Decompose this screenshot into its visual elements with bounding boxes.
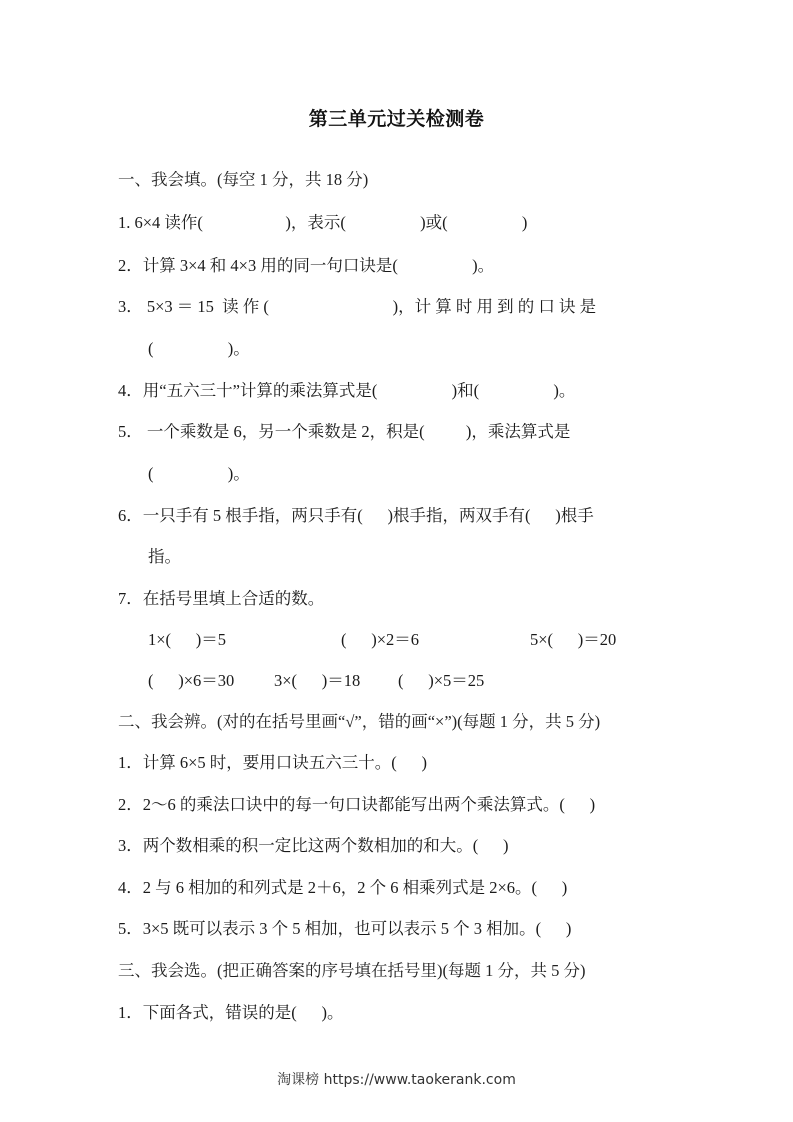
question-1-2: 2．计算 3×4 和 4×3 用的同一句口诀是( )。	[118, 255, 494, 277]
equation: 3×( )＝18	[274, 670, 360, 692]
question-1-5-cont: ( )。	[148, 463, 250, 485]
page-title: 第三单元过关检测卷	[0, 104, 793, 131]
judge-item: 2．2～6 的乘法口诀中的每一句口诀都能写出两个乘法算式。( )	[118, 794, 595, 816]
equation: ( )×5＝25	[398, 670, 484, 692]
judge-item: 1．计算 6×5 时，要用口诀五六三十。( )	[118, 752, 427, 774]
question-1-3: 3． 5×3 ＝ 15 读 作 ( )，计 算 时 用 到 的 口 诀 是	[118, 296, 596, 318]
question-1-6: 6．一只手有 5 根手指，两只手有( )根手指，两双手有( )根手	[118, 505, 594, 527]
question-1-7: 7．在括号里填上合适的数。	[118, 588, 324, 610]
section-1-heading: 一、我会填。(每空 1 分，共 18 分)	[118, 169, 368, 191]
equation: ( )×2＝6	[341, 629, 419, 651]
question-1-3-cont: ( )。	[148, 338, 250, 360]
judge-item: 3．两个数相乘的积一定比这两个数相加的和大。( )	[118, 835, 509, 857]
equation: 1×( )＝5	[148, 629, 226, 651]
question-1-5: 5． 一个乘数是 6，另一个乘数是 2，积是( )，乘法算式是	[118, 421, 570, 443]
section-3-heading: 三、我会选。(把正确答案的序号填在括号里)(每题 1 分，共 5 分)	[118, 960, 585, 982]
footer-watermark: 淘课榜 https://www.taokerank.com	[0, 1069, 793, 1089]
judge-item: 4．2 与 6 相加的和列式是 2＋6，2 个 6 相乘列式是 2×6。( )	[118, 877, 567, 899]
choice-item: 1．下面各式，错误的是( )。	[118, 1002, 344, 1024]
question-1-1: 1. 6×4 读作( )，表示( )或( )	[118, 212, 527, 234]
section-2-heading: 二、我会辨。(对的在括号里画“√”，错的画“×”)(每题 1 分，共 5 分)	[118, 711, 600, 733]
equation: ( )×6＝30	[148, 670, 234, 692]
judge-item: 5．3×5 既可以表示 3 个 5 相加，也可以表示 5 个 3 相加。( )	[118, 918, 571, 940]
question-1-4: 4．用“五六三十”计算的乘法算式是( )和( )。	[118, 380, 575, 402]
equation: 5×( )＝20	[530, 629, 616, 651]
question-1-6-cont: 指。	[148, 546, 181, 568]
